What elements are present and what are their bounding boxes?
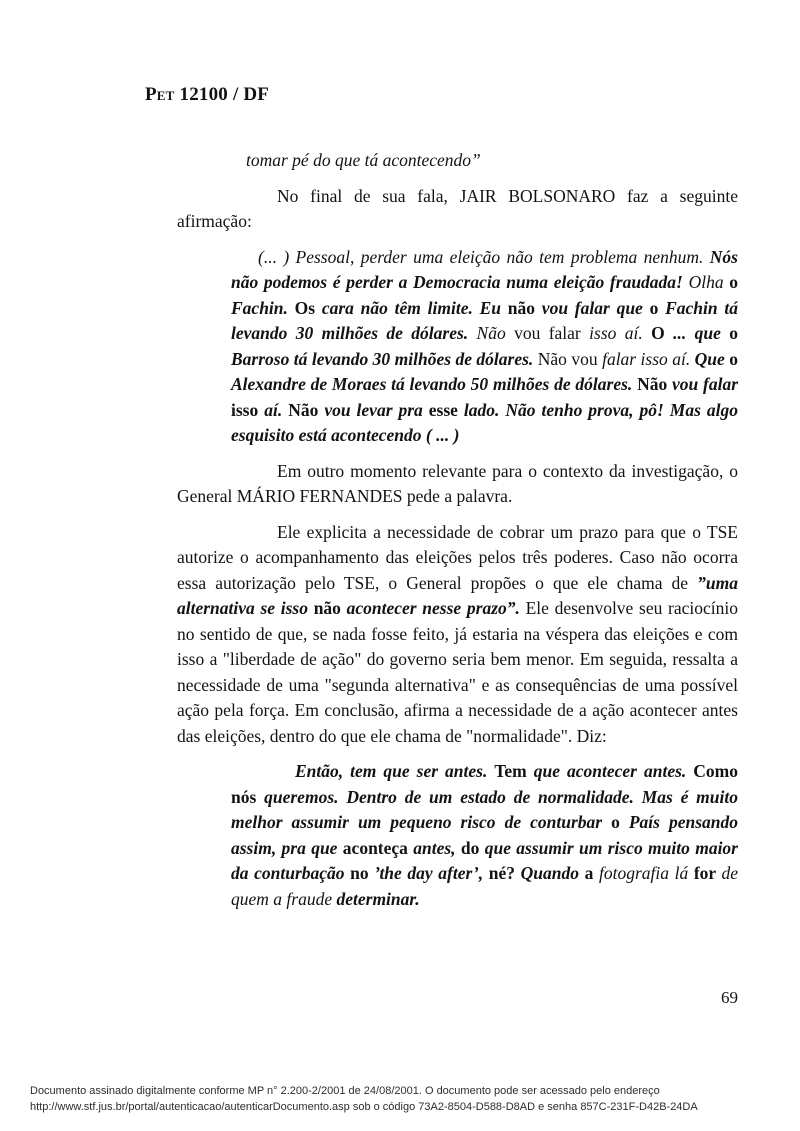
text-run: Em outro momento relevante para o contex… (177, 461, 738, 507)
body-paragraph: Em outro momento relevante para o contex… (177, 459, 738, 510)
quote-continuation-paragraph: tomar pé do que tá acontecendo” (231, 148, 738, 174)
document-body: tomar pé do que tá acontecendo”No final … (177, 148, 738, 922)
text-run: que acontecer antes. (534, 761, 694, 781)
text-run: não (508, 298, 542, 318)
text-run: vou falar (672, 374, 738, 394)
text-run: Fachin. (231, 298, 295, 318)
text-run: Então, tem que ser antes. (295, 761, 494, 781)
body-paragraph: Ele explicita a necessidade de cobrar um… (177, 520, 738, 750)
text-run: o (611, 812, 629, 832)
text-run: determinar. (336, 889, 419, 909)
quote-paragraph: (... ) Pessoal, perder uma eleição não t… (231, 245, 738, 449)
text-run: no (350, 863, 374, 883)
text-run: ... que (673, 323, 729, 343)
text-run: Que (695, 349, 730, 369)
text-run: o (650, 298, 666, 318)
text-run: vou levar pra (324, 400, 428, 420)
text-run: aí. (264, 400, 288, 420)
text-run: tomar pé do que tá acontecendo” (246, 150, 481, 170)
page-number: 69 (177, 988, 738, 1008)
quote2-paragraph: Então, tem que ser antes. Tem que aconte… (231, 759, 738, 912)
text-run: (... ) Pessoal, perder uma eleição não t… (258, 247, 710, 267)
text-run: não (314, 598, 347, 618)
text-run: Não vou (538, 349, 602, 369)
text-run: Olha (689, 272, 730, 292)
text-run: O (651, 323, 673, 343)
case-number-header: Pet 12100 / DF (145, 84, 269, 106)
text-run: No final de sua fala, JAIR BOLSONARO faz… (177, 186, 738, 232)
text-run: o (729, 323, 738, 343)
text-run: cara não têm limite. Eu (322, 298, 508, 318)
text-run: Tem (494, 761, 533, 781)
text-run: Barroso tá levando 30 milhões de dólares… (231, 349, 538, 369)
text-run: a (585, 863, 599, 883)
text-run: vou falar que (542, 298, 650, 318)
text-run: Alexandre de Moraes tá levando 50 milhõe… (231, 374, 637, 394)
text-run: aconteça (343, 838, 413, 858)
text-run: do (461, 838, 485, 858)
document-page: Pet 12100 / DF tomar pé do que tá aconte… (0, 0, 800, 1131)
signature-footer: Documento assinado digitalmente conforme… (30, 1083, 698, 1115)
text-run: ’the day after’, (374, 863, 489, 883)
text-run: fotografia lá (599, 863, 694, 883)
text-run: acontecer nesse prazo”. (347, 598, 526, 618)
text-run: Não (288, 400, 324, 420)
text-run: Os (295, 298, 322, 318)
text-run: Ele explicita a necessidade de cobrar um… (177, 522, 738, 593)
text-run: vou falar (514, 323, 589, 343)
text-run: Não (637, 374, 672, 394)
text-run: isso (231, 400, 264, 420)
footer-line-1: Documento assinado digitalmente conforme… (30, 1083, 698, 1099)
text-run: falar isso aí. (602, 349, 695, 369)
text-run: isso aí. (589, 323, 651, 343)
text-run: for (694, 863, 722, 883)
text-run: o (729, 272, 738, 292)
text-run: antes, (413, 838, 461, 858)
text-run: Ele desenvolve seu raciocínio no sentido… (177, 598, 738, 746)
text-run: Não (477, 323, 515, 343)
footer-line-2: http://www.stf.jus.br/portal/autenticaca… (30, 1099, 698, 1115)
text-run: Quando (521, 863, 585, 883)
text-run: o (729, 349, 738, 369)
body-paragraph: No final de sua fala, JAIR BOLSONARO faz… (177, 184, 738, 235)
text-run: né? (489, 863, 521, 883)
text-run: esse (429, 400, 464, 420)
